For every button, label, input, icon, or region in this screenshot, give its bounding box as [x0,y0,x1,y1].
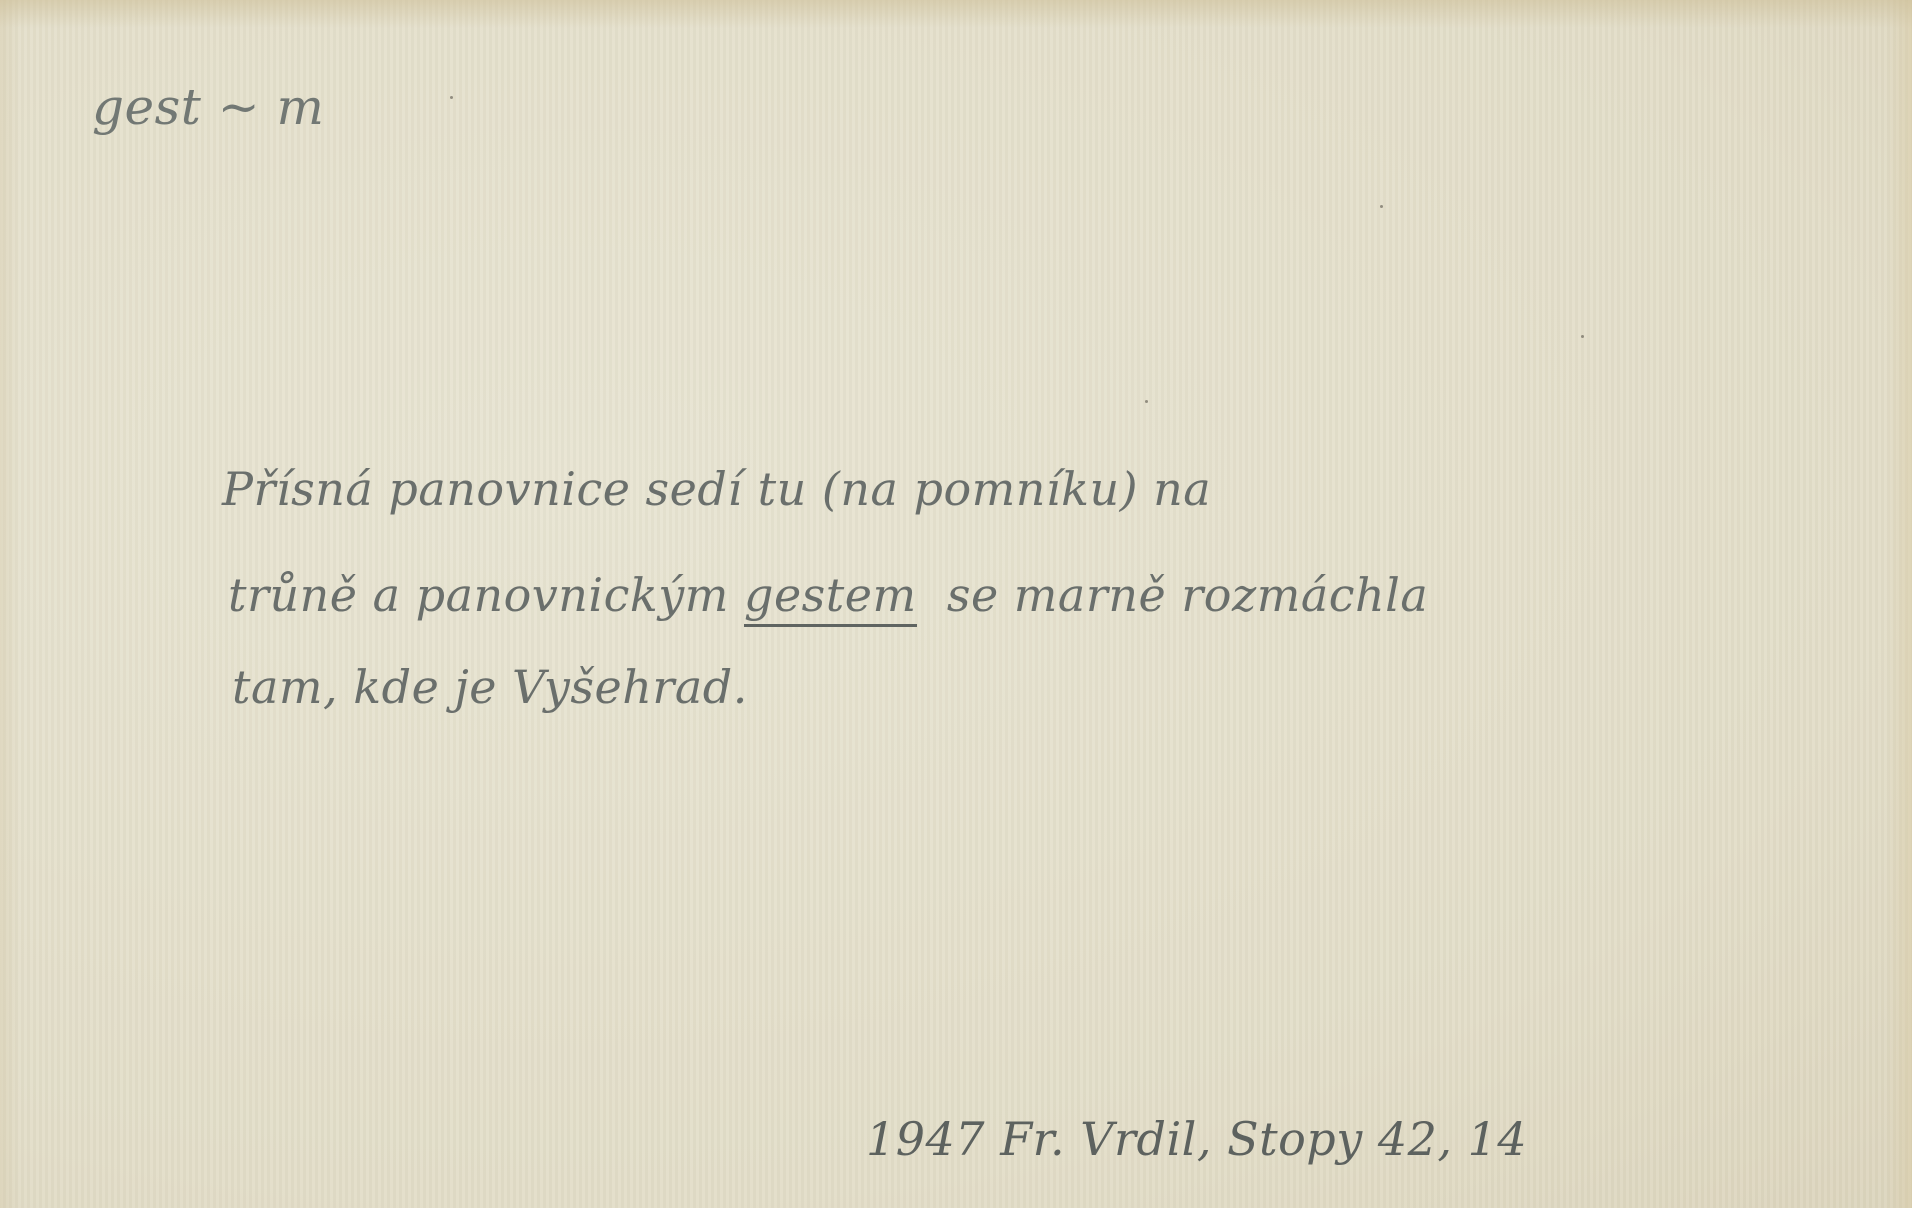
paper-speck [450,96,453,99]
headword: gest ~ m [92,78,324,136]
paper-speck [1581,335,1584,338]
paper-speck [1380,205,1383,208]
excerpt-line-2: trůně a panovnickým gestem se marně rozm… [228,568,1428,622]
source-citation: 1947 Fr. Vrdil, Stopy 42, 14 [866,1112,1527,1166]
paper-speck [1145,400,1148,403]
excerpt-line-1: Přísná panovnice sedí tu (na pomníku) na [222,462,1211,516]
excerpt-text: se marně rozmáchla [917,568,1429,622]
excerpt-text: trůně a panovnickým [228,568,744,622]
index-card: gest ~ m Přísná panovnice sedí tu (na po… [0,0,1912,1208]
underlined-keyword: gestem [744,568,917,627]
excerpt-line-3: tam, kde je Vyšehrad. [232,660,748,714]
